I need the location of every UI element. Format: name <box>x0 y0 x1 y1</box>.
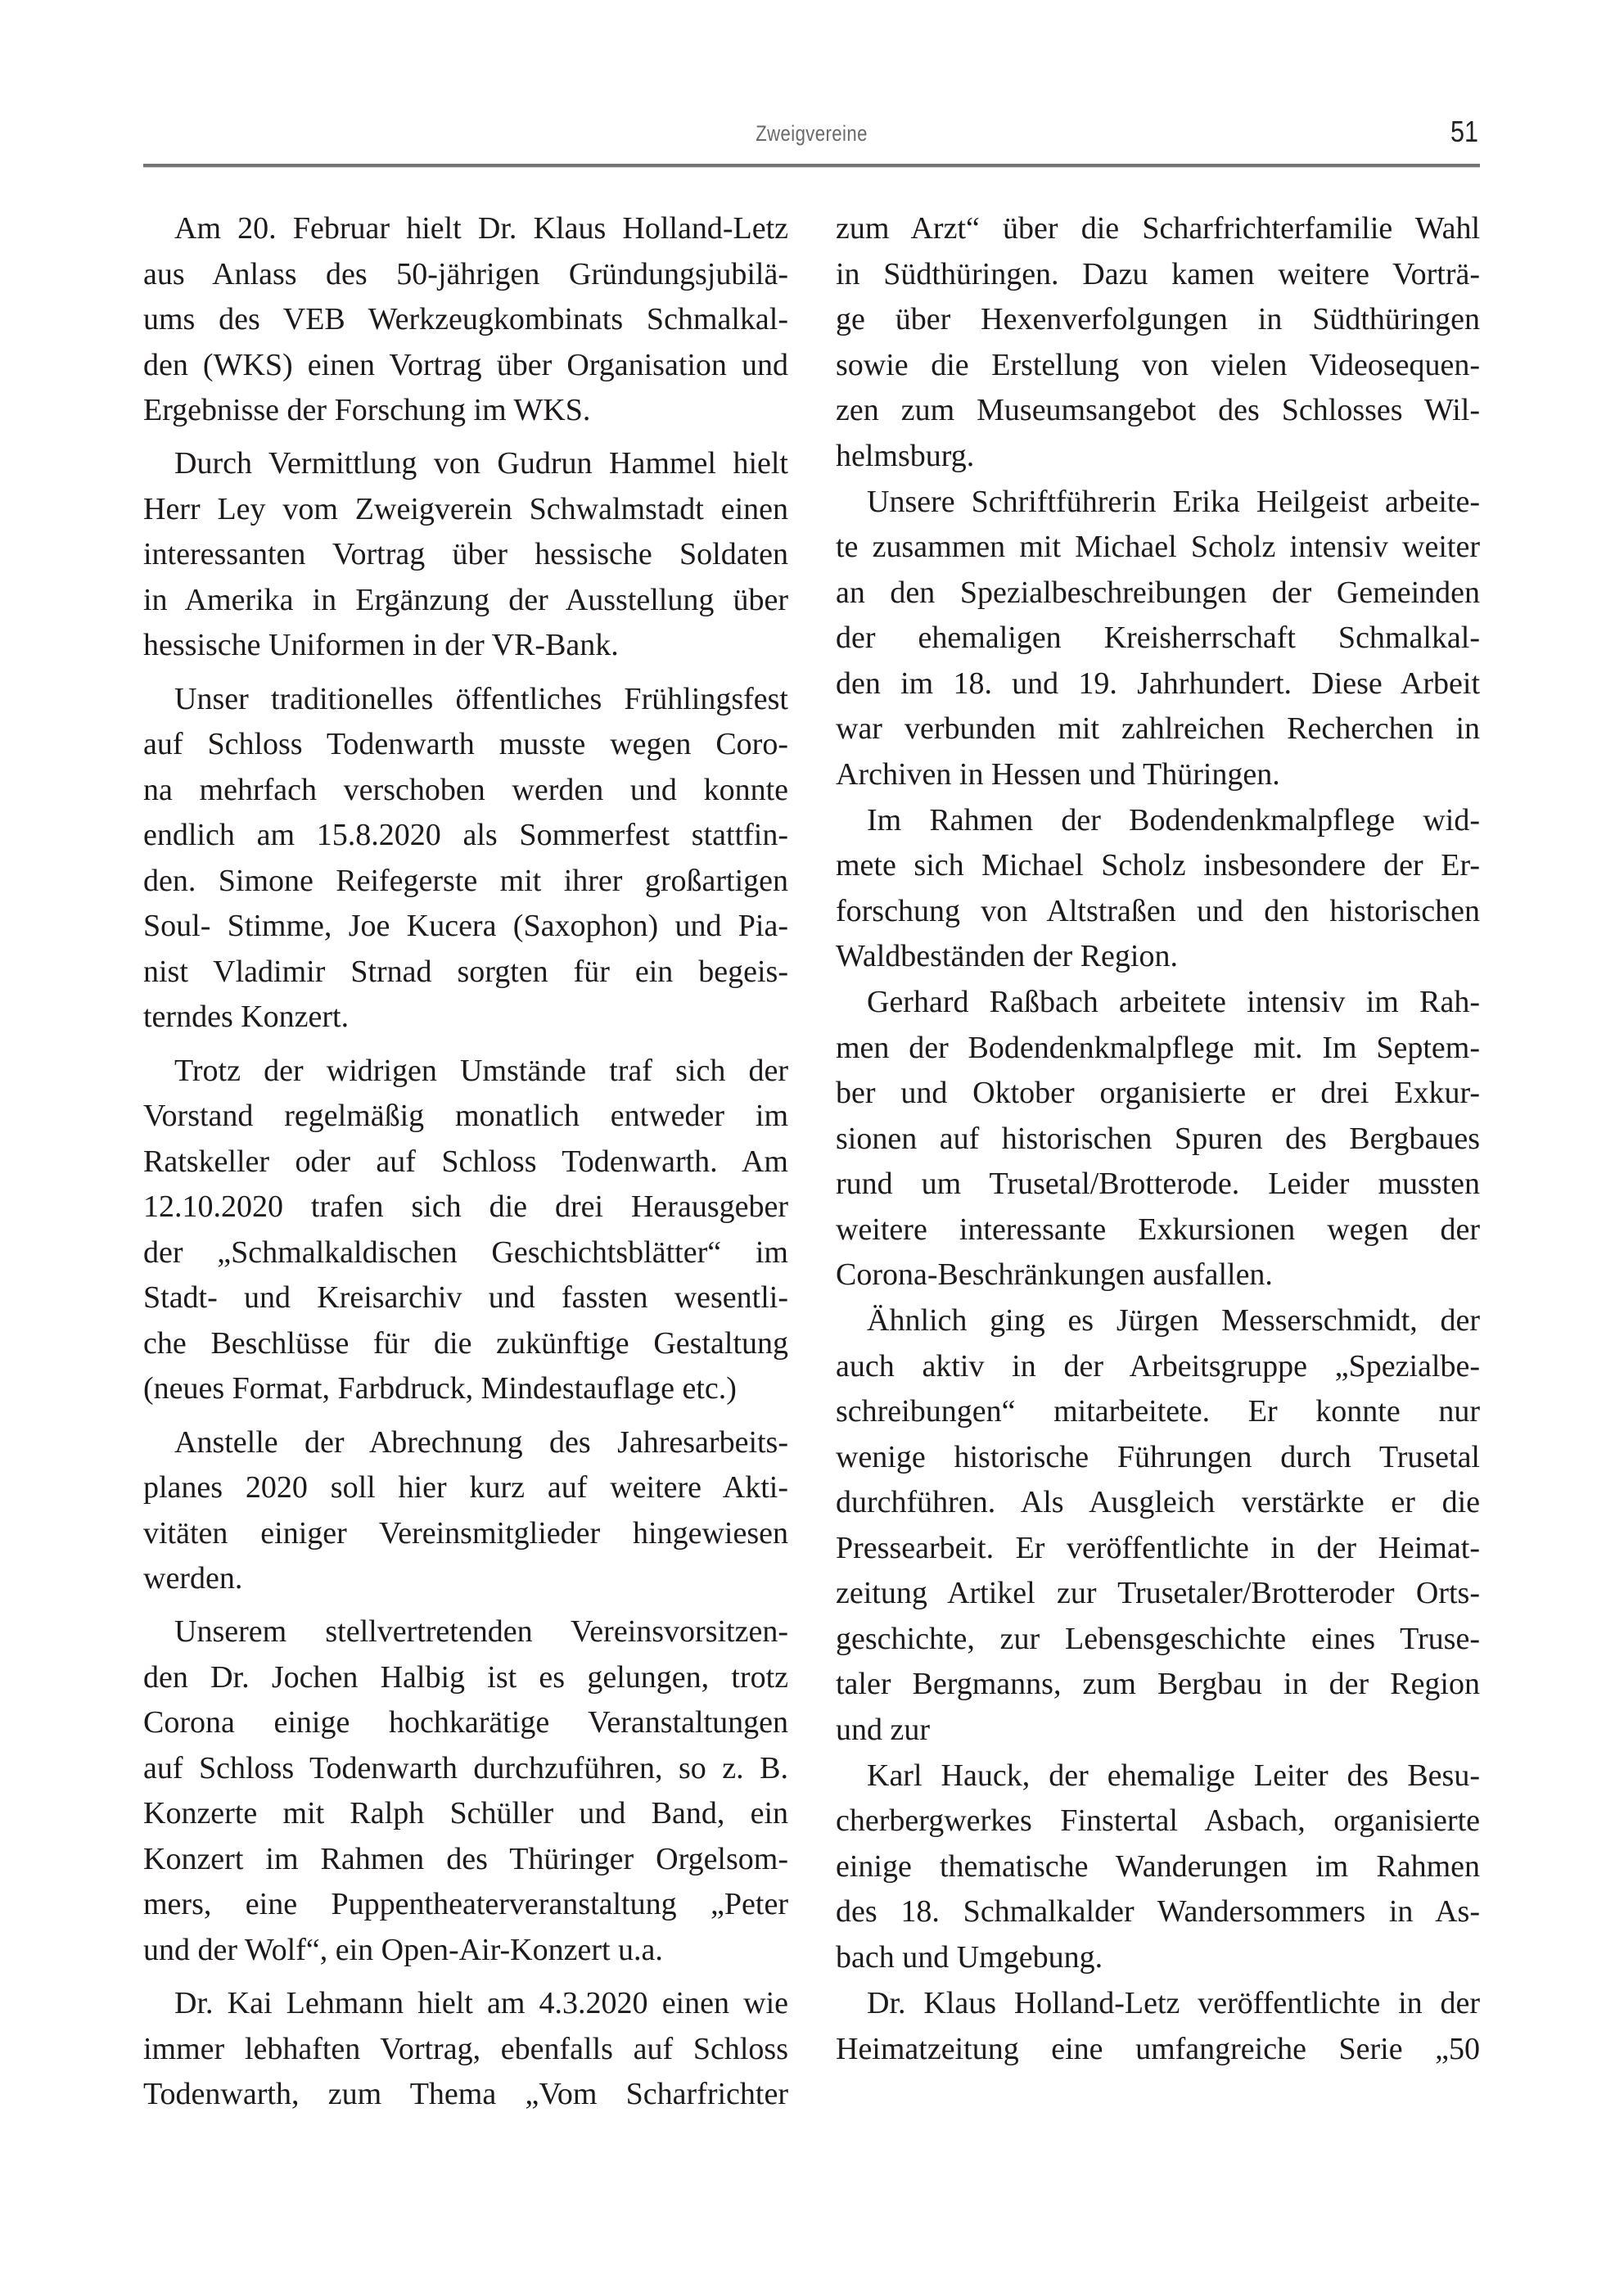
text-line: nist Vladimir Strnad sorgten für ein beg… <box>143 950 788 995</box>
text-line: hessische Uniformen in der VR-Bank. <box>143 623 788 669</box>
text-line: schreibungen“ mitarbeitete. Er konnte nu… <box>836 1389 1480 1435</box>
text-line: den im 18. und 19. Jahrhundert. Diese Ar… <box>836 661 1480 707</box>
text-line: den. Simone Reifegerste mit ihrer großar… <box>143 859 788 905</box>
text-line: Herr Ley vom Zweigverein Schwalmstadt ei… <box>143 487 788 533</box>
text-line: vitäten einiger Vereinsmitglieder hingew… <box>143 1511 788 1557</box>
running-title: Zweigvereine <box>264 121 1360 147</box>
paragraph: Unserem stellvertretenden Vereinsvorsitz… <box>143 1609 788 1973</box>
text-line: Heimatzeitung eine umfangreiche Serie „5… <box>836 2027 1480 2073</box>
text-line: zum Arzt“ über die Scharfrichterfamilie … <box>836 206 1480 252</box>
text-line: und zur <box>836 1708 1480 1754</box>
text-line: Corona einige hochkarätige Veranstaltung… <box>143 1700 788 1746</box>
text-line: endlich am 15.8.2020 als Sommerfest stat… <box>143 813 788 859</box>
text-line: helmsburg. <box>836 434 1480 480</box>
paragraph: Dr. Kai Lehmann hielt am 4.3.2020 einen … <box>143 1981 788 2118</box>
text-line: durchführen. Als Ausgleich verstärkte er… <box>836 1480 1480 1526</box>
text-line: Gerhard Raßbach arbeitete intensiv im Ra… <box>836 980 1480 1026</box>
text-line: (neues Format, Farbdruck, Mindestauflage… <box>143 1366 788 1412</box>
text-column-left: Am 20. Februar hielt Dr. Klaus Holland-L… <box>143 206 788 2118</box>
text-line: an den Spezialbeschreibungen der Gemeind… <box>836 571 1480 616</box>
text-line: planes 2020 soll hier kurz auf weitere A… <box>143 1465 788 1511</box>
text-line: der „Schmalkaldischen Geschichtsblätter“… <box>143 1230 788 1276</box>
text-line: Vorstand regelmäßig monatlich entweder i… <box>143 1094 788 1140</box>
text-line: te zusammen mit Michael Scholz intensiv … <box>836 525 1480 571</box>
text-line: 12.10.2020 trafen sich die drei Herausge… <box>143 1185 788 1230</box>
text-line: forschung von Altstraßen und den histori… <box>836 889 1480 935</box>
text-line: ber und Oktober organisierte er drei Exk… <box>836 1071 1480 1117</box>
text-line: einige thematische Wanderungen im Rahmen <box>836 1844 1480 1890</box>
text-line: rund um Trusetal/Brotterode. Leider muss… <box>836 1162 1480 1207</box>
text-line: immer lebhaften Vortrag, ebenfalls auf S… <box>143 2027 788 2073</box>
text-line: zeitung Artikel zur Trusetaler/Brotterod… <box>836 1571 1480 1617</box>
text-line: Soul- Stimme, Joe Kucera (Saxophon) und … <box>143 904 788 950</box>
text-line: Unser traditionelles öffentliches Frühli… <box>143 677 788 723</box>
text-column-right: zum Arzt“ über die Scharfrichterfamilie … <box>836 206 1480 2072</box>
paragraph: Im Rahmen der Bodendenkmalpflege wid-met… <box>836 798 1480 980</box>
text-line: zen zum Museumsangebot des Schlosses Wil… <box>836 388 1480 434</box>
text-line: Durch Vermittlung von Gudrun Hammel hiel… <box>143 441 788 487</box>
text-line: werden. <box>143 1556 788 1602</box>
text-line: Waldbeständen der Region. <box>836 934 1480 980</box>
text-line: bach und Umgebung. <box>836 1935 1480 1981</box>
text-line: cherbergwerkes Finstertal Asbach, organi… <box>836 1799 1480 1844</box>
paragraph: Unsere Schriftführerin Erika Heilgeist a… <box>836 480 1480 798</box>
text-line: Dr. Kai Lehmann hielt am 4.3.2020 einen … <box>143 1981 788 2027</box>
paragraph: Ähnlich ging es Jürgen Messerschmidt, de… <box>836 1298 1480 1753</box>
text-line: sionen auf historischen Spuren des Bergb… <box>836 1117 1480 1162</box>
text-line: Trotz der widrigen Umstände traf sich de… <box>143 1049 788 1095</box>
text-line: Pressearbeit. Er veröffentlichte in der … <box>836 1526 1480 1572</box>
text-line: Am 20. Februar hielt Dr. Klaus Holland-L… <box>143 206 788 252</box>
text-line: ge über Hexenverfolgungen in Südthüringe… <box>836 297 1480 343</box>
text-line: auf Schloss Todenwarth musste wegen Coro… <box>143 722 788 768</box>
paragraph: Durch Vermittlung von Gudrun Hammel hiel… <box>143 441 788 669</box>
text-line: Dr. Klaus Holland-Letz veröffentlichte i… <box>836 1981 1480 2027</box>
text-line: na mehrfach verschoben werden und konnte <box>143 768 788 814</box>
text-line: che Beschlüsse für die zukünftige Gestal… <box>143 1321 788 1367</box>
text-line: aus Anlass des 50-jährigen Gründungsjubi… <box>143 252 788 298</box>
text-line: den (WKS) einen Vortrag über Organisatio… <box>143 343 788 389</box>
text-line: mers, eine Puppentheaterveranstaltung „P… <box>143 1882 788 1928</box>
text-line: auch aktiv in der Arbeitsgruppe „Spezial… <box>836 1344 1480 1390</box>
text-line: terndes Konzert. <box>143 995 788 1040</box>
paragraph: Anstelle der Abrechnung des Jahresarbeit… <box>143 1420 788 1602</box>
paragraph: zum Arzt“ über die Scharfrichterfamilie … <box>836 206 1480 479</box>
paragraph: Unser traditionelles öffentliches Frühli… <box>143 677 788 1040</box>
header-rule <box>143 164 1480 168</box>
text-line: war verbunden mit zahlreichen Recherchen… <box>836 706 1480 752</box>
text-line: Ratskeller oder auf Schloss Todenwarth. … <box>143 1140 788 1185</box>
text-line: Karl Hauck, der ehemalige Leiter des Bes… <box>836 1754 1480 1799</box>
text-line: interessanten Vortrag über hessische Sol… <box>143 532 788 578</box>
text-line: Konzert im Rahmen des Thüringer Orgelsom… <box>143 1837 788 1883</box>
text-line: wenige historische Führungen durch Truse… <box>836 1435 1480 1481</box>
running-header: Zweigvereine 51 <box>143 113 1480 154</box>
text-line: geschichte, zur Lebensgeschichte eines T… <box>836 1617 1480 1663</box>
text-line: und der Wolf“, ein Open-Air-Konzert u.a. <box>143 1928 788 1974</box>
text-line: Corona-Beschränkungen ausfallen. <box>836 1253 1480 1298</box>
text-line: Unsere Schriftführerin Erika Heilgeist a… <box>836 480 1480 526</box>
text-line: Todenwarth, zum Thema „Vom Scharfrichter <box>143 2072 788 2118</box>
text-line: Ähnlich ging es Jürgen Messerschmidt, de… <box>836 1298 1480 1344</box>
paragraph: Trotz der widrigen Umstände traf sich de… <box>143 1049 788 1412</box>
text-line: des 18. Schmalkalder Wandersommers in As… <box>836 1889 1480 1935</box>
text-line: weitere interessante Exkursionen wegen d… <box>836 1207 1480 1253</box>
text-line: sowie die Erstellung von vielen Videoseq… <box>836 343 1480 389</box>
text-line: den Dr. Jochen Halbig ist es gelungen, t… <box>143 1655 788 1701</box>
document-page: Zweigvereine 51 Am 20. Februar hielt Dr.… <box>0 0 1624 2293</box>
paragraph: Dr. Klaus Holland-Letz veröffentlichte i… <box>836 1981 1480 2072</box>
text-line: Im Rahmen der Bodendenkmalpflege wid- <box>836 798 1480 844</box>
text-line: taler Bergmanns, zum Bergbau in der Regi… <box>836 1662 1480 1708</box>
page-number: 51 <box>1450 115 1478 149</box>
paragraph: Karl Hauck, der ehemalige Leiter des Bes… <box>836 1754 1480 1981</box>
text-line: in Südthüringen. Dazu kamen weitere Vort… <box>836 252 1480 298</box>
text-line: men der Bodendenkmalpflege mit. Im Septe… <box>836 1026 1480 1072</box>
text-line: mete sich Michael Scholz insbesondere de… <box>836 843 1480 889</box>
text-line: Konzerte mit Ralph Schüller und Band, ei… <box>143 1791 788 1837</box>
text-line: Stadt- und Kreisarchiv und fassten wesen… <box>143 1275 788 1321</box>
text-line: Anstelle der Abrechnung des Jahresarbeit… <box>143 1420 788 1466</box>
paragraph: Gerhard Raßbach arbeitete intensiv im Ra… <box>836 980 1480 1298</box>
paragraph: Am 20. Februar hielt Dr. Klaus Holland-L… <box>143 206 788 434</box>
text-line: ums des VEB Werkzeugkombinats Schmalkal- <box>143 297 788 343</box>
text-line: der ehemaligen Kreisherrschaft Schmalkal… <box>836 616 1480 661</box>
text-line: Archiven in Hessen und Thüringen. <box>836 752 1480 798</box>
text-line: auf Schloss Todenwarth durchzuführen, so… <box>143 1746 788 1792</box>
text-line: Unserem stellvertretenden Vereinsvorsitz… <box>143 1609 788 1655</box>
text-line: in Amerika in Ergänzung der Ausstellung … <box>143 578 788 624</box>
text-line: Ergebnisse der Forschung im WKS. <box>143 388 788 434</box>
